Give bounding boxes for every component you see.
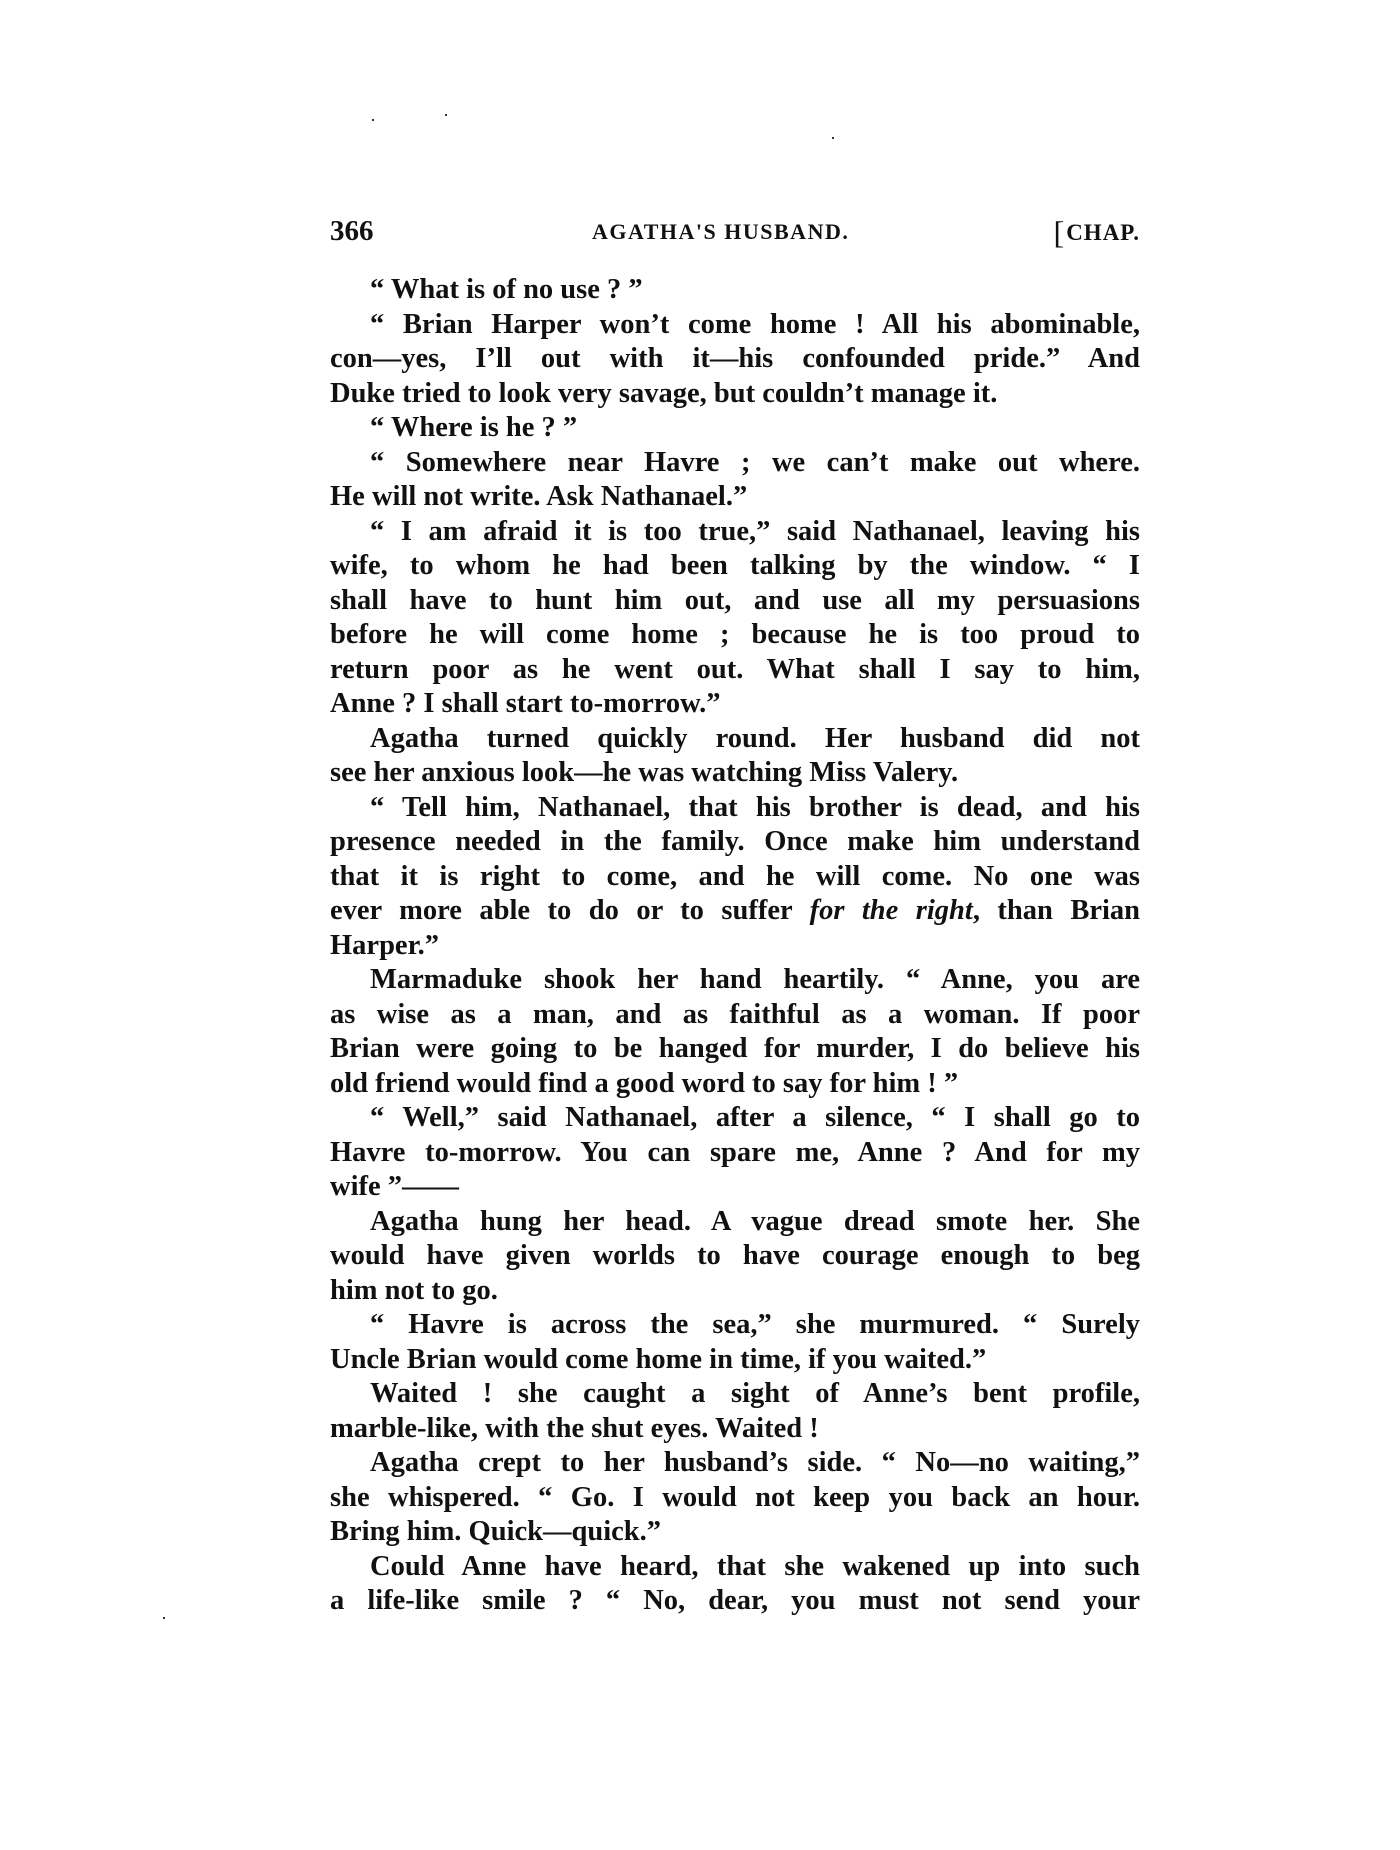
text-line: Uncle Brian would come home in time, if … (330, 1343, 1140, 1378)
text-line: “ I am afraid it is too true,” said Nath… (330, 515, 1140, 550)
text-line: “ Brian Harper won’t come home ! All his… (330, 308, 1140, 343)
chapter-label: CHAP. (1066, 220, 1140, 245)
text-line: that it is right to come, and he will co… (330, 860, 1140, 895)
text-line: shall have to hunt him out, and use all … (330, 584, 1140, 619)
italic-phrase: for the right (810, 895, 973, 926)
text-line: Agatha hung her head. A vague dread smot… (330, 1205, 1140, 1240)
text-line: as wise as a man, and as faithful as a w… (330, 998, 1140, 1033)
scan-speck (372, 119, 374, 121)
text-line: Brian were going to be hanged for murder… (330, 1032, 1140, 1067)
book-title: AGATHA'S HUSBAND. (592, 215, 849, 249)
text-line: Harper.” (330, 929, 1140, 964)
running-head: 366 AGATHA'S HUSBAND. [CHAP. (330, 214, 1140, 248)
text-line: wife ”—— (330, 1170, 1140, 1205)
text-line: before he will come home ; because he is… (330, 618, 1140, 653)
text-line: Marmaduke shook her hand heartily. “ Ann… (330, 963, 1140, 998)
text-line: con—yes, I’ll out with it—his confounded… (330, 342, 1140, 377)
chapter-mark: [CHAP. (1054, 215, 1140, 250)
text-line: Anne ? I shall start to-morrow.” (330, 687, 1140, 722)
text-line: presence needed in the family. Once make… (330, 825, 1140, 860)
text-line: “ Well,” said Nathanael, after a silence… (330, 1101, 1140, 1136)
text-segment: ever more able to do or to suffer (330, 895, 810, 926)
text-line: “ Where is he ? ” (330, 411, 1140, 446)
body-text: “ What is of no use ? ”“ Brian Harper wo… (330, 273, 1140, 1619)
scan-speck (832, 137, 834, 139)
text-line: Agatha turned quickly round. Her husband… (330, 722, 1140, 757)
text-line: marble-like, with the shut eyes. Waited … (330, 1412, 1140, 1447)
text-line: Could Anne have heard, that she wakened … (330, 1550, 1140, 1585)
text-segment: , than Brian (973, 895, 1140, 926)
text-line: Agatha crept to her husband’s side. “ No… (330, 1446, 1140, 1481)
text-line: Havre to-morrow. You can spare me, Anne … (330, 1136, 1140, 1171)
text-line: He will not write. Ask Nathanael.” (330, 480, 1140, 515)
text-line: “ What is of no use ? ” (330, 273, 1140, 308)
text-line: Waited ! she caught a sight of Anne’s be… (330, 1377, 1140, 1412)
text-line: wife, to whom he had been talking by the… (330, 549, 1140, 584)
text-line: she whispered. “ Go. I would not keep yo… (330, 1481, 1140, 1516)
chapter-bracket: [ (1054, 214, 1066, 250)
text-line: Duke tried to look very savage, but coul… (330, 377, 1140, 412)
text-line: would have given worlds to have courage … (330, 1239, 1140, 1274)
scan-speck (445, 114, 447, 116)
text-line: old friend would find a good word to say… (330, 1067, 1140, 1102)
text-line: “ Somewhere near Havre ; we can’t make o… (330, 446, 1140, 481)
text-line: him not to go. (330, 1274, 1140, 1309)
page-number: 366 (330, 214, 374, 248)
text-line: see her anxious look—he was watching Mis… (330, 756, 1140, 791)
text-line: “ Havre is across the sea,” she murmured… (330, 1308, 1140, 1343)
scan-speck (163, 1617, 165, 1619)
text-line: return poor as he went out. What shall I… (330, 653, 1140, 688)
text-line: a life-like smile ? “ No, dear, you must… (330, 1584, 1140, 1619)
text-line: “ Tell him, Nathanael, that his brother … (330, 791, 1140, 826)
text-line: ever more able to do or to suffer for th… (330, 894, 1140, 929)
text-line: Bring him. Quick—quick.” (330, 1515, 1140, 1550)
